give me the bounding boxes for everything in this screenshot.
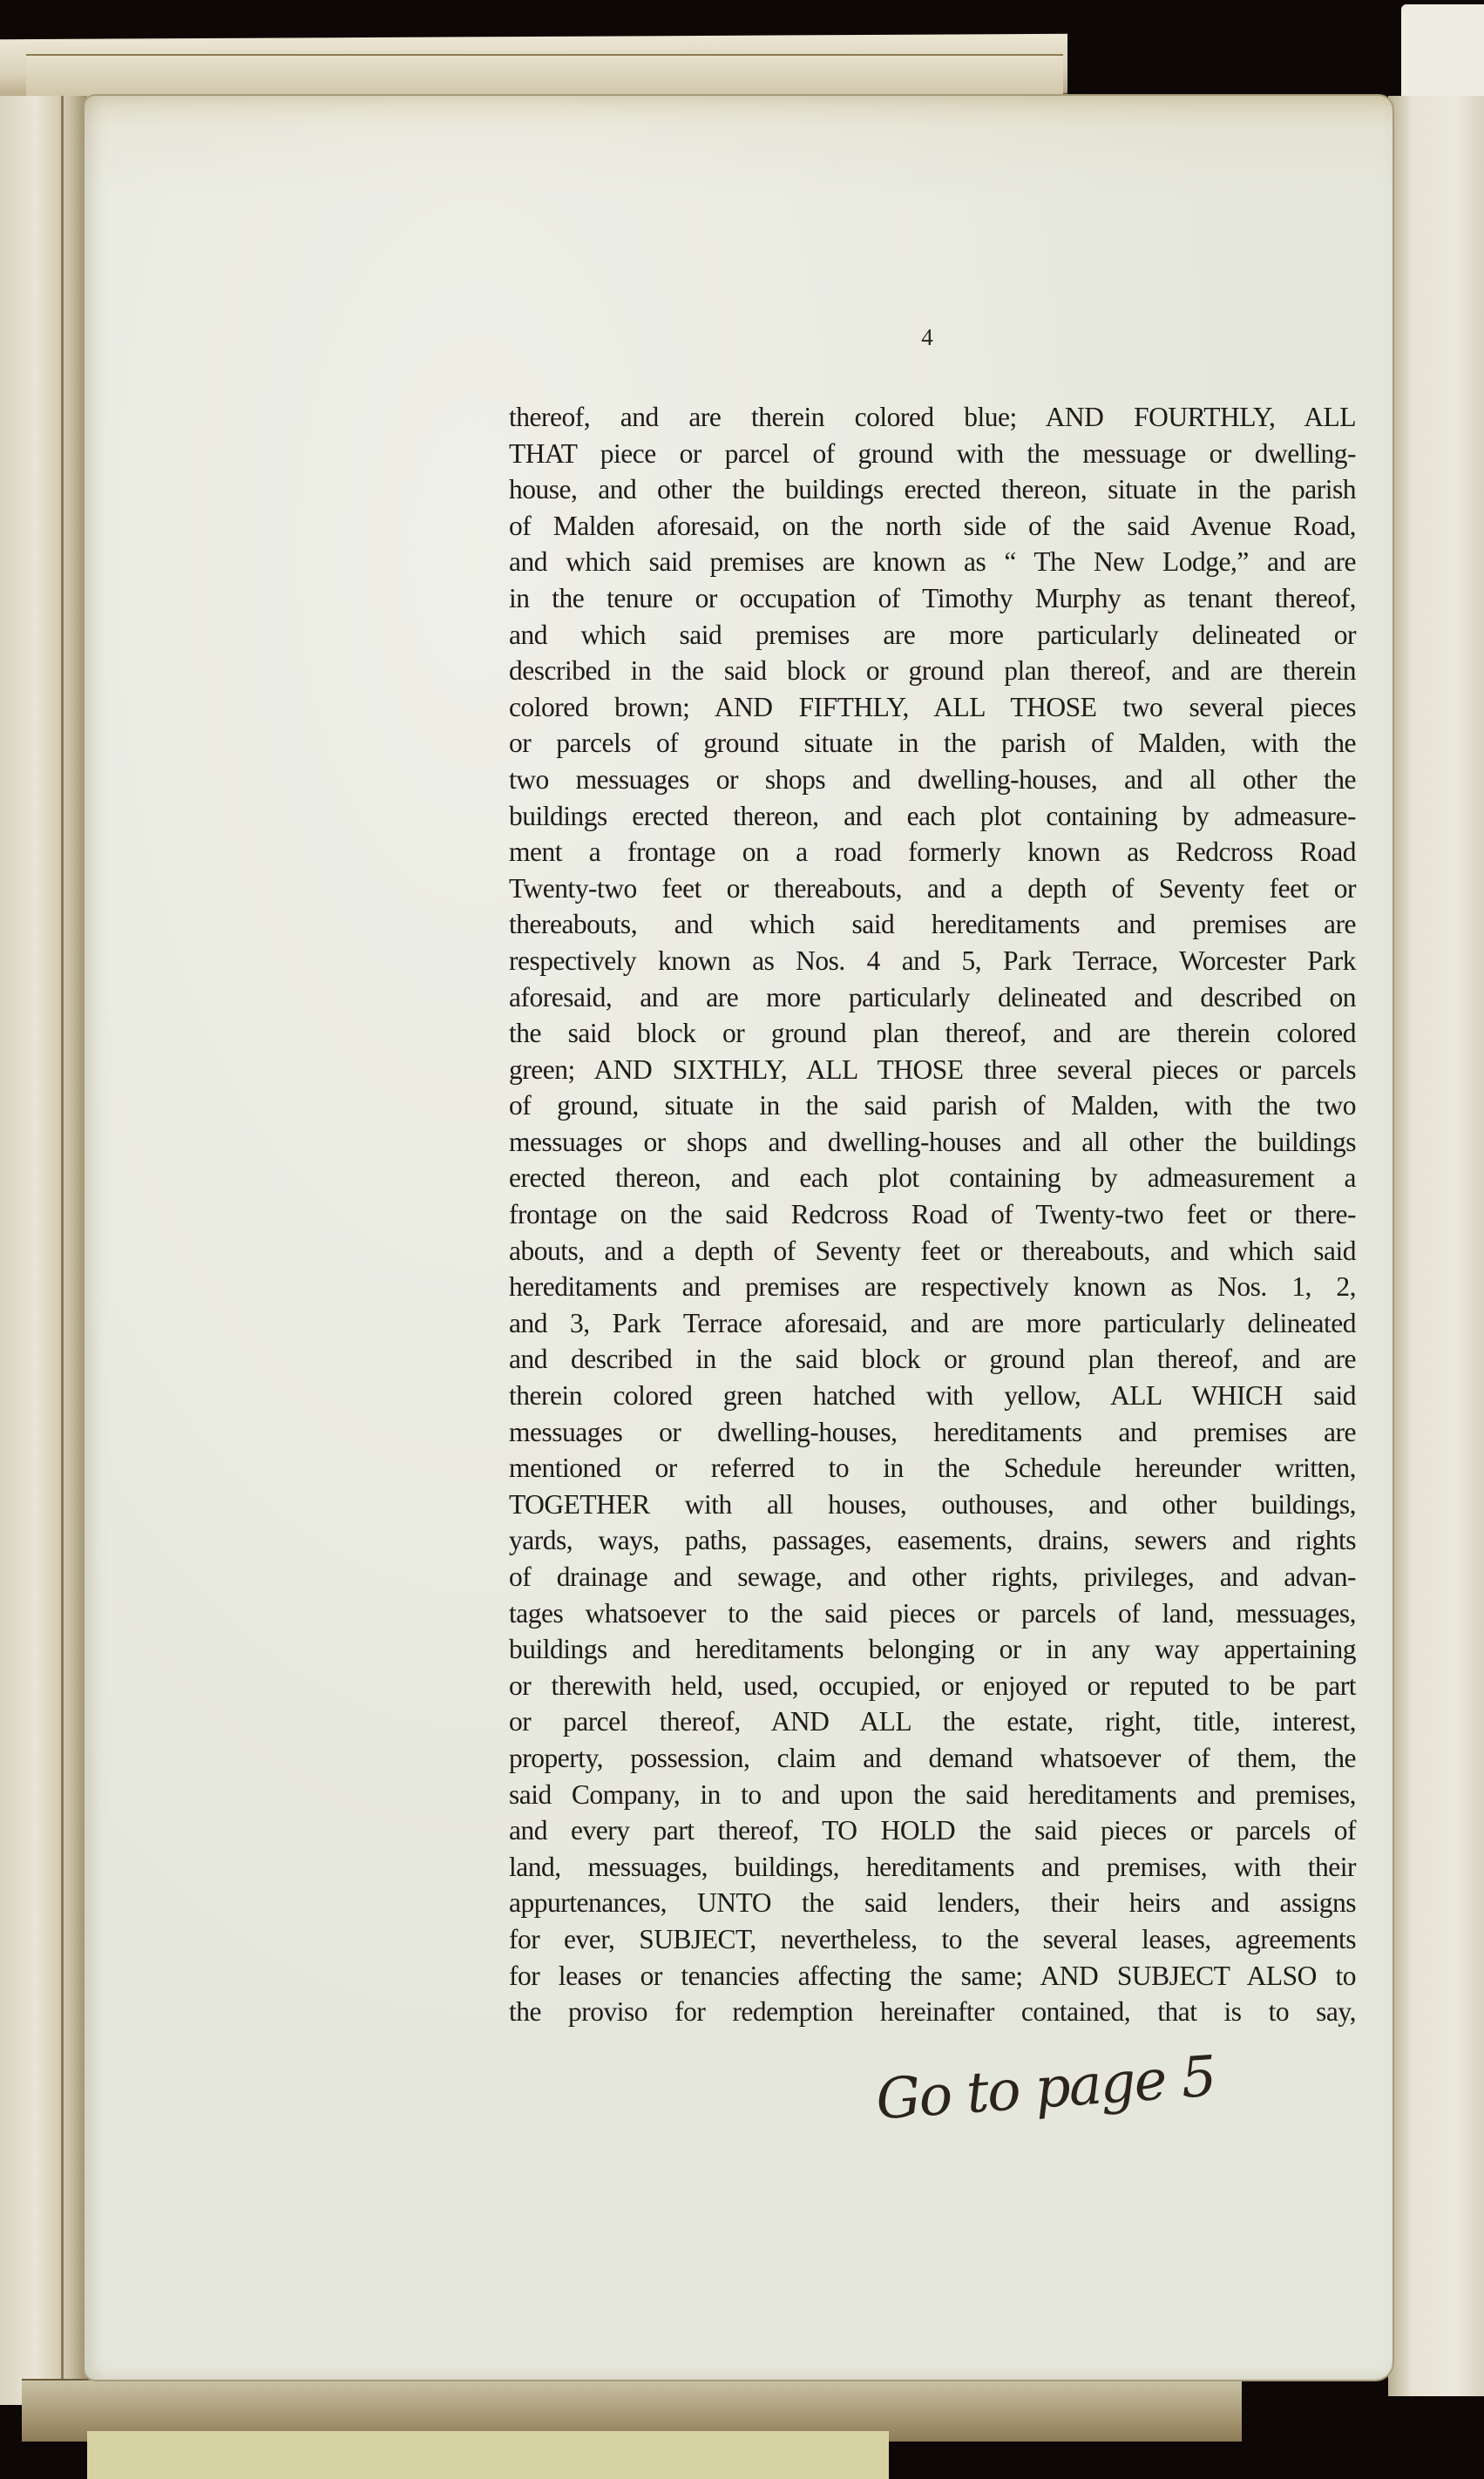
text-line: for leases or tenancies affecting the sa… <box>509 1958 1356 1995</box>
text-line: ment a frontage on a road formerly known… <box>509 834 1356 870</box>
text-line: or parcel thereof, AND ALL the estate, r… <box>509 1703 1356 1740</box>
text-line: or parcels of ground situate in the pari… <box>509 725 1356 762</box>
text-line: and 3, Park Terrace aforesaid, and are m… <box>509 1305 1356 1342</box>
background-page-corner-right <box>1401 4 1484 100</box>
background-page-stack-left <box>0 96 87 2405</box>
text-line: or therewith held, used, occupied, or en… <box>509 1668 1356 1704</box>
text-line: hereditaments and premises are respectiv… <box>509 1269 1356 1305</box>
text-line: appurtenances, UNTO the said lenders, th… <box>509 1885 1356 1921</box>
text-line: for ever, SUBJECT, nevertheless, to the … <box>509 1921 1356 1958</box>
text-line: respectively known as Nos. 4 and 5, Park… <box>509 943 1356 979</box>
text-line: house, and other the buildings erected t… <box>509 471 1356 508</box>
background-page-stack-right <box>1388 96 1484 2396</box>
text-line: messuages or shops and dwelling-houses a… <box>509 1124 1356 1161</box>
text-line: and described in the said block or groun… <box>509 1341 1356 1378</box>
background-sheet-top-fold <box>26 54 1063 98</box>
text-line: land, messuages, buildings, hereditament… <box>509 1849 1356 1886</box>
page-number: 4 <box>918 324 937 351</box>
text-line: said Company, in to and upon the said he… <box>509 1777 1356 1813</box>
text-line: the said block or ground plan thereof, a… <box>509 1015 1356 1052</box>
text-line: two messuages or shops and dwelling-hous… <box>509 762 1356 798</box>
text-line: erected thereon, and each plot containin… <box>509 1160 1356 1196</box>
text-line: frontage on the said Redcross Road of Tw… <box>509 1196 1356 1233</box>
text-line: in the tenure or occupation of Timothy M… <box>509 580 1356 617</box>
text-line: abouts, and a depth of Seventy feet or t… <box>509 1233 1356 1270</box>
text-line: of drainage and sewage, and other rights… <box>509 1559 1356 1595</box>
text-line: therein colored green hatched with yello… <box>509 1378 1356 1414</box>
deed-body-text: thereof, and are therein colored blue; A… <box>509 399 1356 2030</box>
text-line: buildings erected thereon, and each plot… <box>509 798 1356 835</box>
text-line: and every part thereof, TO HOLD the said… <box>509 1812 1356 1849</box>
text-line: messuages or dwelling-houses, hereditame… <box>509 1414 1356 1451</box>
text-line: of ground, situate in the said parish of… <box>509 1087 1356 1124</box>
text-line: thereabouts, and which said hereditament… <box>509 906 1356 943</box>
text-line: Twenty-two feet or thereabouts, and a de… <box>509 870 1356 907</box>
text-line: TOGETHER with all houses, outhouses, and… <box>509 1487 1356 1523</box>
text-line: mentioned or referred to in the Schedule… <box>509 1450 1356 1487</box>
text-line: THAT piece or parcel of ground with the … <box>509 436 1356 472</box>
text-line: buildings and hereditaments belonging or… <box>509 1631 1356 1668</box>
text-line: green; AND SIXTHLY, ALL THOSE three seve… <box>509 1052 1356 1088</box>
text-line: the proviso for redemption hereinafter c… <box>509 1994 1356 2030</box>
text-line: and which said premises are more particu… <box>509 617 1356 654</box>
text-line: of Malden aforesaid, on the north side o… <box>509 508 1356 545</box>
text-line: yards, ways, paths, passages, easements,… <box>509 1522 1356 1559</box>
background-paper-tab <box>87 2431 889 2479</box>
text-line: tages whatsoever to the said pieces or p… <box>509 1595 1356 1632</box>
text-line: colored brown; AND FIFTHLY, ALL THOSE tw… <box>509 689 1356 726</box>
text-line: thereof, and are therein colored blue; A… <box>509 399 1356 436</box>
text-line: property, possession, claim and demand w… <box>509 1740 1356 1777</box>
text-line: described in the said block or ground pl… <box>509 653 1356 689</box>
text-line: aforesaid, and are more particularly del… <box>509 979 1356 1016</box>
text-line: and which said premises are known as “ T… <box>509 544 1356 580</box>
